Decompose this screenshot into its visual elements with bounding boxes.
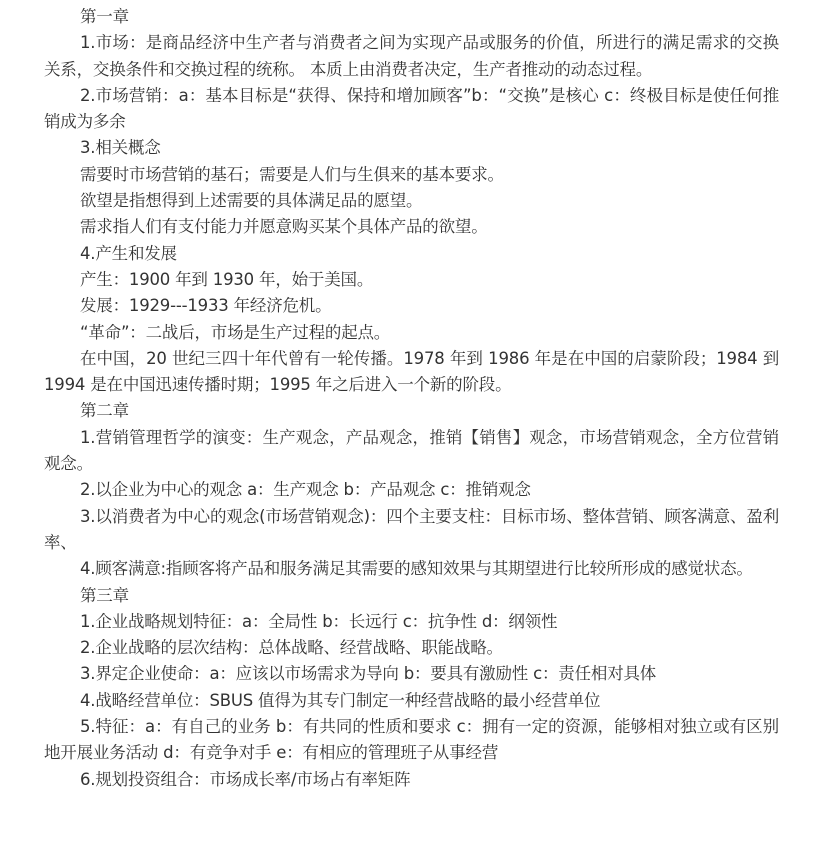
paragraph: 3.界定企业使命：a：应该以市场需求为导向 b：要具有激励性 c：责任相对具体 <box>44 661 779 687</box>
paragraph: 1.营销管理哲学的演变：生产观念，产品观念，推销【销售】观念，市场营销观念，全方… <box>44 425 779 478</box>
document-body: 第一章 1.市场：是商品经济中生产者与消费者之间为实现产品或服务的价值，所进行的… <box>44 4 779 793</box>
paragraph: 需求指人们有支付能力并愿意购买某个具体产品的欲望。 <box>44 214 779 240</box>
paragraph: 需要时市场营销的基石；需要是人们与生俱来的基本要求。 <box>44 162 779 188</box>
paragraph: 2.以企业为中心的观念 a：生产观念 b：产品观念 c：推销观念 <box>44 477 779 503</box>
paragraph: 2.市场营销：a：基本目标是“获得、保持和增加顾客”b：“交换”是核心 c：终极… <box>44 83 779 136</box>
paragraph: 在中国，20 世纪三四十年代曾有一轮传播。1978 年到 1986 年是在中国的… <box>44 346 779 399</box>
paragraph: 1.企业战略规划特征：a：全局性 b：长远行 c：抗争性 d：纲领性 <box>44 609 779 635</box>
paragraph: 4.顾客满意:指顾客将产品和服务满足其需要的感知效果与其期望进行比较所形成的感觉… <box>44 556 779 582</box>
paragraph: 3.以消费者为中心的观念(市场营销观念)：四个主要支柱：目标市场、整体营销、顾客… <box>44 504 779 557</box>
paragraph: 产生：1900 年到 1930 年，始于美国。 <box>44 267 779 293</box>
paragraph: 3.相关概念 <box>44 135 779 161</box>
paragraph: 4.产生和发展 <box>44 241 779 267</box>
paragraph: 1.市场：是商品经济中生产者与消费者之间为实现产品或服务的价值，所进行的满足需求… <box>44 30 779 83</box>
chapter-title: 第一章 <box>44 4 779 30</box>
paragraph: “革命”：二战后，市场是生产过程的起点。 <box>44 320 779 346</box>
paragraph: 发展：1929---1933 年经济危机。 <box>44 293 779 319</box>
chapter-title: 第二章 <box>44 398 779 424</box>
chapter-title: 第三章 <box>44 583 779 609</box>
paragraph: 6.规划投资组合：市场成长率/市场占有率矩阵 <box>44 767 779 793</box>
paragraph: 4.战略经营单位：SBUS 值得为其专门制定一种经营战略的最小经营单位 <box>44 688 779 714</box>
paragraph: 5.特征：a：有自己的业务 b：有共同的性质和要求 c：拥有一定的资源，能够相对… <box>44 714 779 767</box>
paragraph: 欲望是指想得到上述需要的具体满足品的愿望。 <box>44 188 779 214</box>
paragraph: 2.企业战略的层次结构：总体战略、经营战略、职能战略。 <box>44 635 779 661</box>
